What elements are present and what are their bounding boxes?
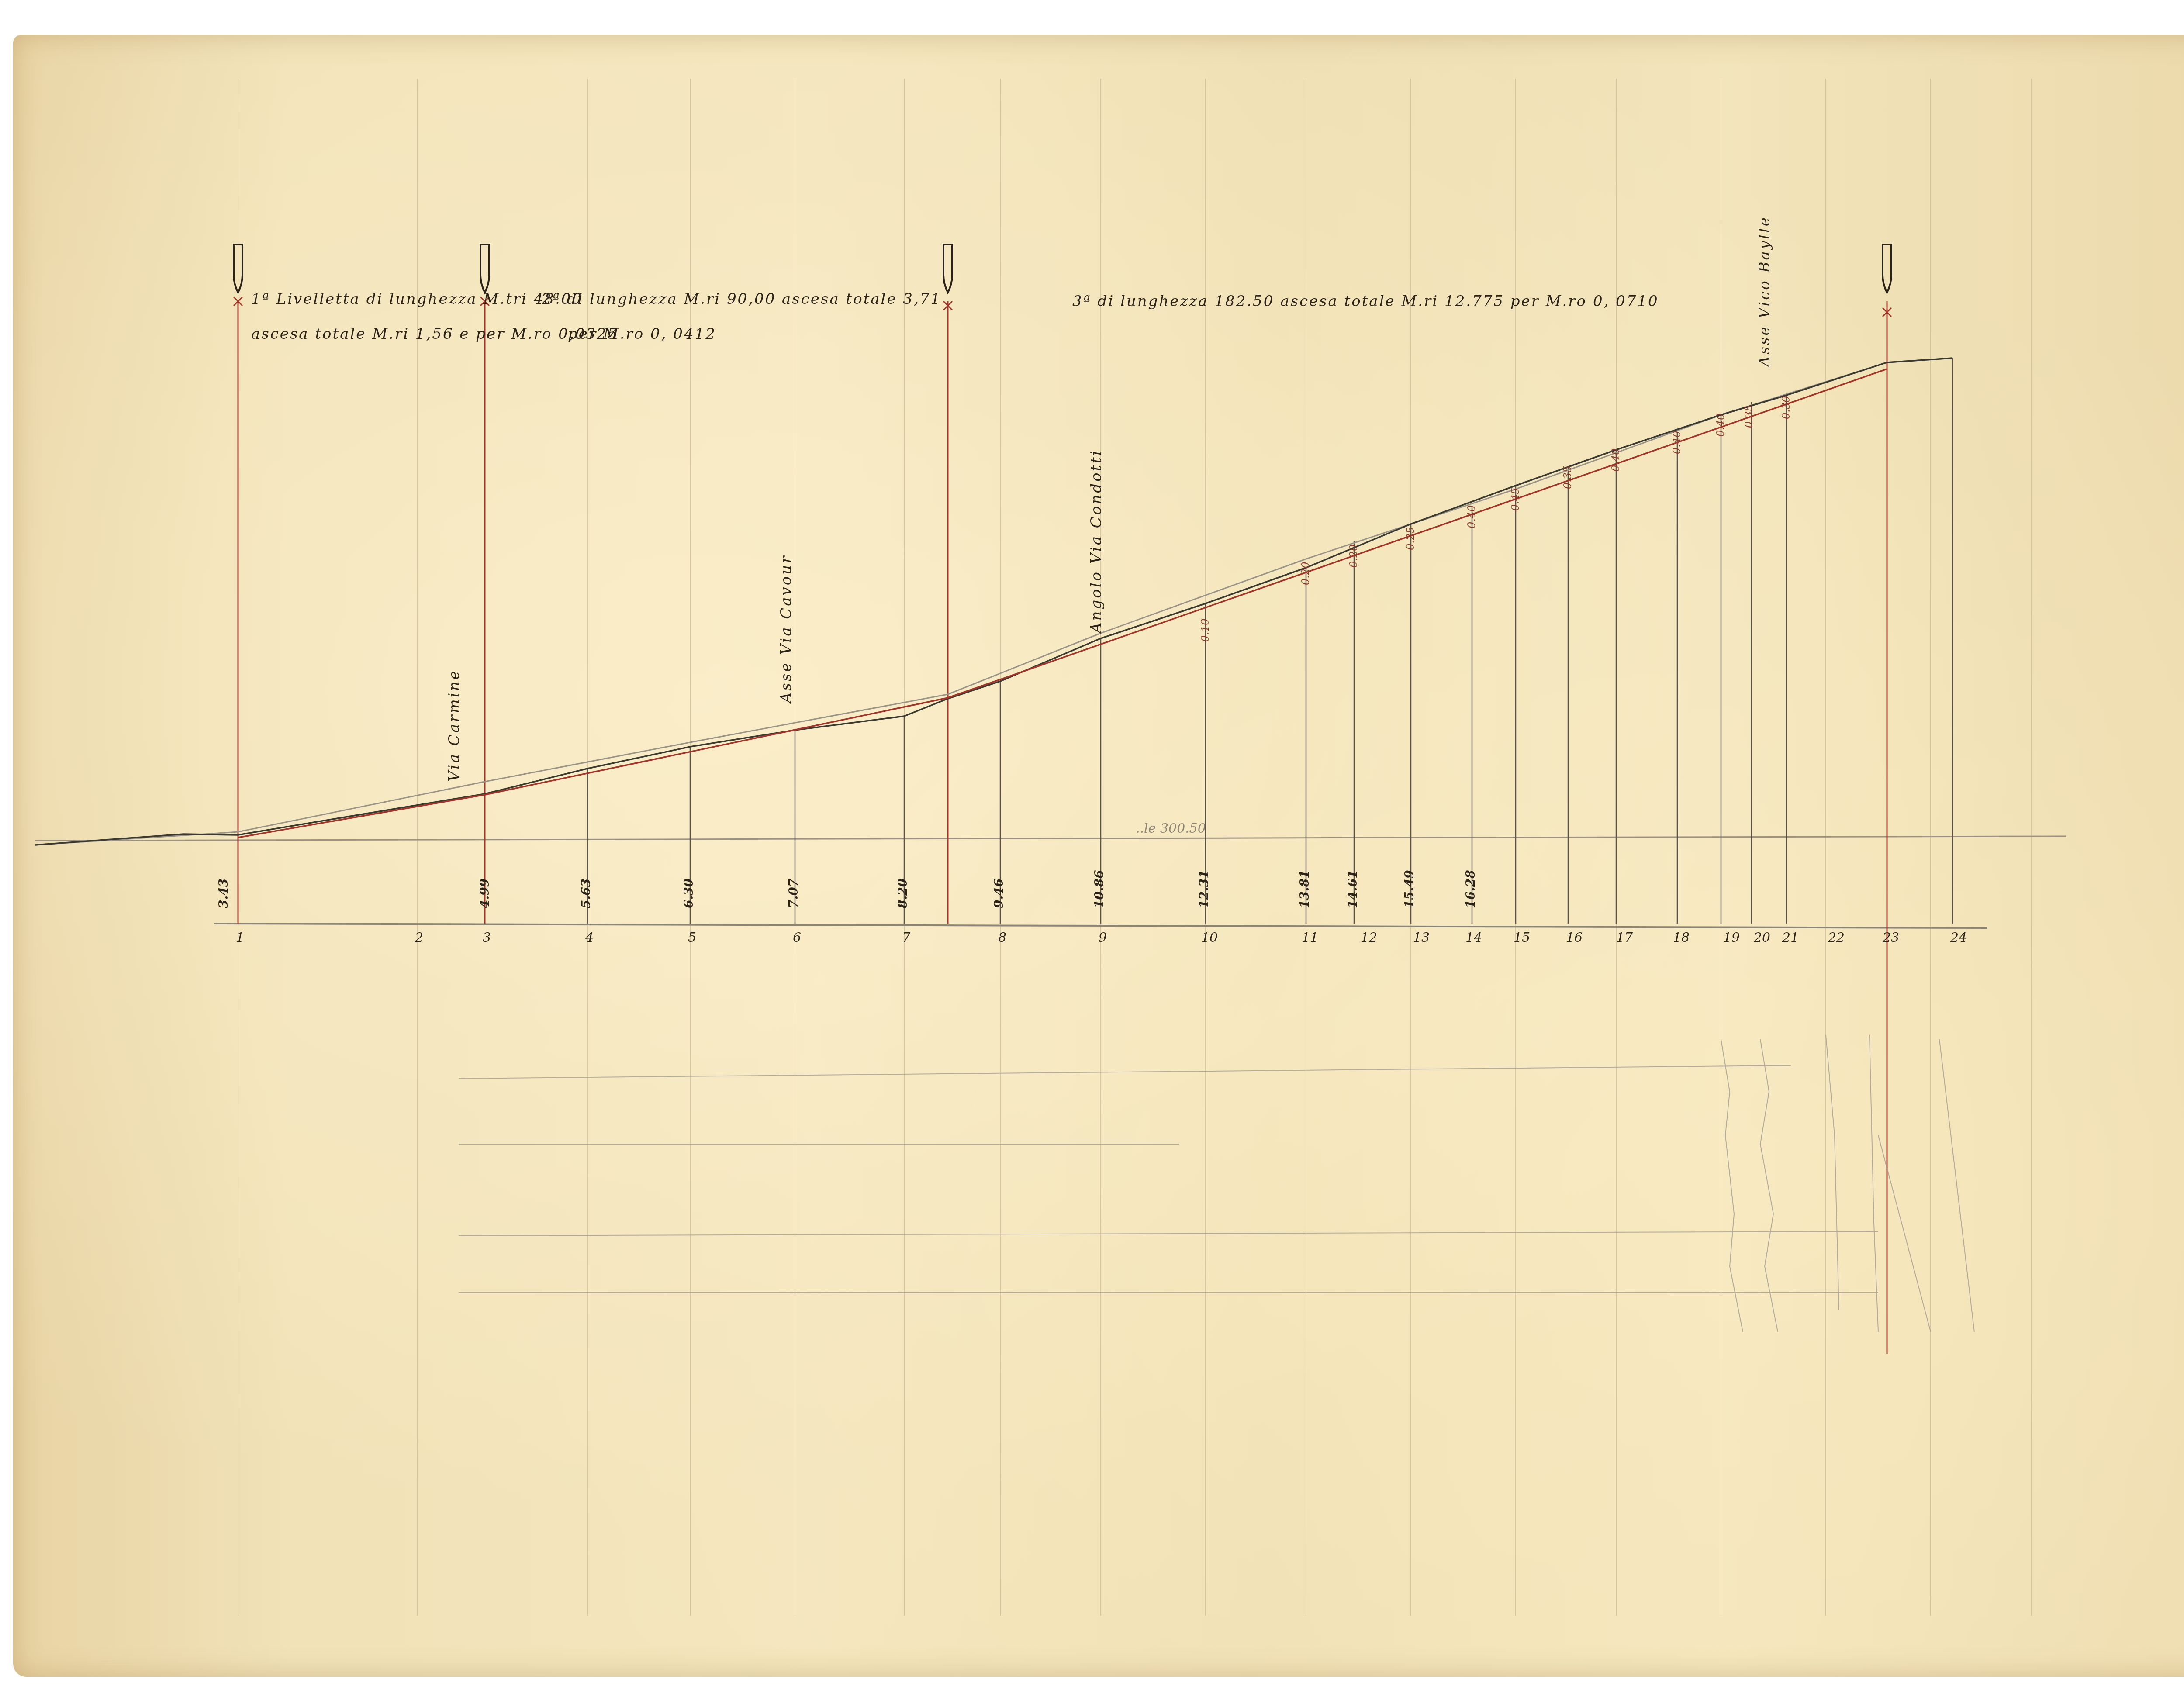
- pencil-profile: [35, 358, 1952, 845]
- station-number: 7: [902, 930, 910, 945]
- station-number: 21: [1782, 930, 1799, 945]
- station-number: 17: [1616, 930, 1633, 945]
- datum-note: ..le 300.50: [1136, 821, 1206, 836]
- station-number: 2: [415, 930, 423, 945]
- segment-1-line1: 1ª Livelletta di lunghezza M.tri 48.00: [251, 290, 583, 308]
- elevation-label: 15.49: [1402, 870, 1417, 908]
- cut-depth-label: 0.10: [1199, 619, 1211, 642]
- cut-depth-label: 0.35: [1562, 466, 1574, 489]
- cut-depth-label: 0.30: [1780, 396, 1792, 419]
- station-number: 4: [585, 930, 594, 945]
- station-number: 24: [1950, 930, 1967, 945]
- pencil-sketches: [459, 1035, 1974, 1332]
- segment-2-line2: per M.ro 0, 0412: [568, 325, 716, 343]
- cut-depth-label: 0.40: [1465, 505, 1478, 528]
- profile-drawing: [0, 0, 2184, 1686]
- cut-depth-label: 0.40: [1671, 431, 1683, 454]
- cut-depth-label: 0.35: [1743, 405, 1755, 428]
- elevation-label: 14.61: [1345, 870, 1360, 908]
- grade-break-lines: [238, 301, 1887, 1354]
- elevation-label: 7.07: [786, 879, 801, 908]
- street-label-via-carmine: Via Carmine: [446, 669, 463, 782]
- segment-3-line1: 3ª di lunghezza 182.50 ascesa totale M.r…: [1072, 293, 1659, 310]
- street-label-via-condotti: Angolo Via Condotti: [1088, 449, 1105, 633]
- ground-profile: [35, 358, 1952, 845]
- cut-depth-label: 0.40: [1610, 448, 1622, 472]
- station-number: 15: [1514, 930, 1530, 945]
- street-label-via-cavour: Asse Via Cavour: [778, 555, 795, 703]
- station-number: 18: [1673, 930, 1690, 945]
- street-label-vico-baylle: Asse Vico Baylle: [1756, 216, 1773, 367]
- station-number: 11: [1302, 930, 1318, 945]
- elevation-label: 8.20: [895, 879, 910, 908]
- pointing-hand-icons: [234, 245, 1891, 293]
- segment-2-line1: 2ª di lunghezza M.ri 90,00 ascesa totale…: [542, 290, 941, 308]
- station-number: 22: [1828, 930, 1845, 945]
- cut-depth-label: 0.20: [1348, 545, 1360, 568]
- elevation-label: 3.43: [216, 879, 231, 908]
- drawing-sheet: 150 1ª Livelletta di lunghezza M.tri 48.…: [0, 0, 2184, 1686]
- datum-line: [35, 836, 2066, 841]
- station-number: 9: [1099, 930, 1107, 945]
- station-number: 5: [688, 930, 696, 945]
- elevation-label: 6.30: [681, 879, 696, 908]
- station-number: 10: [1201, 930, 1218, 945]
- elevation-label: 16.28: [1463, 870, 1478, 908]
- elevation-label: 9.46: [992, 879, 1006, 908]
- station-number: 12: [1361, 930, 1377, 945]
- station-number: 23: [1883, 930, 1899, 945]
- station-number: 8: [998, 930, 1006, 945]
- station-number: 3: [483, 930, 491, 945]
- cut-depth-label: 0.20: [1299, 562, 1312, 585]
- elevation-label: 13.81: [1297, 870, 1312, 908]
- segment-1-line2: ascesa totale M.ri 1,56 e per M.ro 0,032…: [251, 325, 618, 343]
- elevation-label: 4.99: [477, 879, 492, 908]
- station-number: 1: [236, 930, 244, 945]
- station-number: 13: [1413, 930, 1430, 945]
- elevation-label: 5.63: [579, 879, 593, 908]
- station-number: 16: [1566, 930, 1583, 945]
- cut-depth-label: 0.40: [1714, 414, 1727, 437]
- station-number: 6: [793, 930, 801, 945]
- cut-depth-label: 0.45: [1509, 488, 1521, 511]
- elevation-label: 12.31: [1197, 870, 1211, 908]
- elevation-label: 10.86: [1092, 870, 1106, 908]
- cut-depth-label: 0.25: [1404, 527, 1417, 550]
- station-number: 14: [1465, 930, 1482, 945]
- station-number: 20: [1754, 930, 1770, 945]
- station-number: 19: [1723, 930, 1740, 945]
